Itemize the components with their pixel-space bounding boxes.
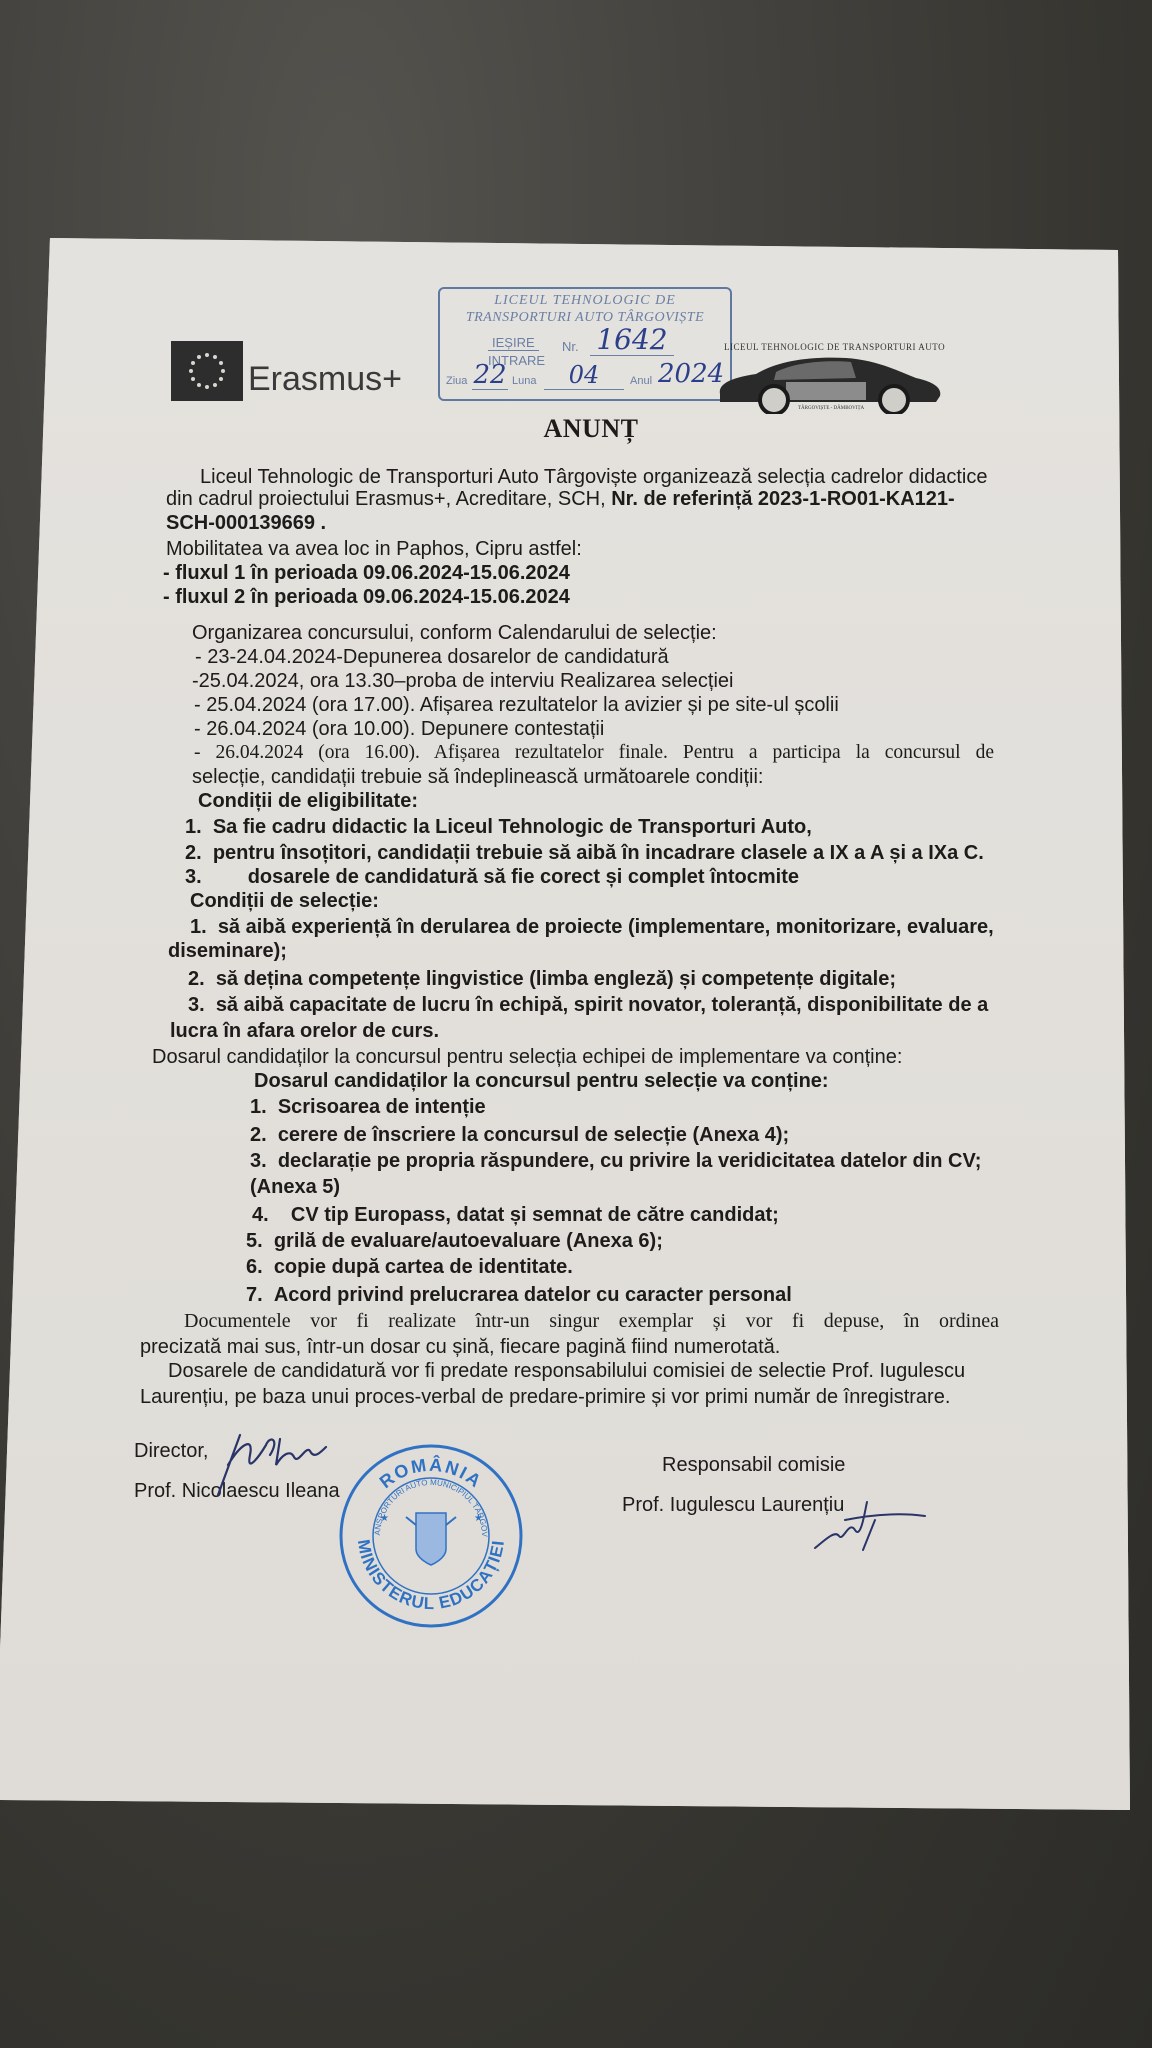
closing-p2-line2: Laurențiu, pe baza unui proces-verbal de… — [140, 1386, 950, 1408]
svg-text:★: ★ — [474, 1513, 483, 1524]
calendar-item-text: - 26.04.2024 (ora 16.00). Afișarea rezul… — [194, 742, 994, 764]
dossier-item: 3. declarație pe propria răspundere, cu … — [250, 1150, 981, 1172]
mobility-line: Mobilitatea va avea loc in Paphos, Cipru… — [166, 538, 582, 560]
stamp-nr-label: Nr. — [562, 339, 579, 354]
calendar-heading: Organizarea concursului, conform Calenda… — [192, 622, 717, 644]
item-number: 2. — [185, 842, 202, 864]
item-number: 7. — [246, 1284, 263, 1306]
item-number: 3. — [185, 866, 202, 888]
calendar-item: - 26.04.2024 (ora 10.00). Depunere conte… — [194, 718, 604, 740]
item-text: dosarele de candidatură să fie corect și… — [248, 866, 799, 888]
official-round-stamp: ROMÂNIA MINISTERUL EDUCAȚIEI LICEUL TEHN… — [336, 1441, 526, 1631]
item-text: pentru însoțitori, candidații trebuie să… — [213, 842, 984, 864]
registration-stamp: LICEUL TEHNOLOGIC DE TRANSPORTURI AUTO T… — [438, 287, 732, 401]
item-text: să aibă experiență în derularea de proie… — [218, 916, 994, 938]
eligibility-item: 1. Sa fie cadru didactic la Liceul Tehno… — [185, 816, 812, 838]
closing-p2-line1: Dosarele de candidatură vor fi predate r… — [168, 1360, 965, 1382]
selection-item: 1. să aibă experiență în derularea de pr… — [190, 916, 994, 938]
stamp-line1: LICEUL TEHNOLOGIC DE — [440, 293, 730, 309]
closing-p1-line1: Documentele vor fi realizate într-un sin… — [184, 1310, 999, 1332]
item-text: să aibă capacitate de lucru în echipă, s… — [216, 994, 988, 1016]
closing-p1-line2: precizată mai sus, într-un dosar cu șină… — [140, 1336, 780, 1358]
selection-item: 2. să dețina competențe lingvistice (lim… — [188, 968, 896, 990]
flow-1: - fluxul 1 în perioada 09.06.2024-15.06.… — [163, 562, 570, 584]
stamp-month-value: 04 — [544, 361, 624, 390]
intro-line2: din cadrul proiectului Erasmus+, Acredit… — [166, 488, 955, 510]
stamp-nr-value: 1642 — [590, 325, 674, 356]
closing-text: Documentele vor fi realizate într-un sin… — [184, 1310, 999, 1332]
eligibility-heading: Condiții de eligibilitate: — [198, 790, 418, 812]
dossier-item: 2. cerere de înscriere la concursul de s… — [250, 1124, 789, 1146]
intro-line2-regular: din cadrul proiectului Erasmus+, Acredit… — [166, 488, 611, 510]
dossier-item: 1. Scrisoarea de intenție — [250, 1096, 486, 1118]
item-text: grilă de evaluare/autoevaluare (Anexa 6)… — [274, 1230, 663, 1252]
item-number: 6. — [246, 1256, 263, 1278]
stamp-year-label: Anul — [630, 375, 652, 387]
committee-title: Responsabil comisie — [662, 1454, 845, 1476]
item-number: 1. — [185, 816, 202, 838]
calendar-item: -25.04.2024, ora 13.30–proba de interviu… — [192, 670, 733, 692]
stamp-line2: TRANSPORTURI AUTO TÂRGOVIȘTE — [440, 310, 730, 326]
item-text: Sa fie cadru didactic la Liceul Tehnolog… — [213, 816, 812, 838]
selection-item-cont: lucra în afara orelor de curs. — [170, 1020, 439, 1042]
eligibility-item: 2. pentru însoțitori, candidații trebuie… — [185, 842, 984, 864]
committee-signature — [805, 1490, 935, 1560]
flow-2: - fluxul 2 în perioada 09.06.2024-15.06.… — [163, 586, 570, 608]
dossier-item-cont: (Anexa 5) — [250, 1176, 340, 1198]
item-number: 2. — [188, 968, 205, 990]
item-number: 3. — [250, 1150, 267, 1172]
calendar-item: - 23-24.04.2024-Depunerea dosarelor de c… — [195, 646, 669, 668]
dossier-item: 4. CV tip Europass, datat și semnat de c… — [252, 1204, 779, 1226]
selection-item-cont: diseminare); — [168, 940, 287, 962]
item-number: 5. — [246, 1230, 263, 1252]
selection-heading: Condiții de selecție: — [190, 890, 379, 912]
item-text: să dețina competențe lingvistice (limba … — [216, 968, 896, 990]
item-number: 1. — [190, 916, 207, 938]
calendar-item: - 26.04.2024 (ora 16.00). Afișarea rezul… — [194, 742, 994, 764]
school-logo-subtext: TÂRGOVIȘTE - DÂMBOVIȚA — [798, 406, 864, 411]
dossier-item: 6. copie după cartea de identitate. — [246, 1256, 573, 1278]
item-text: cerere de înscriere la concursul de sele… — [278, 1124, 789, 1146]
page-title: ANUNȚ — [0, 414, 1152, 444]
eligibility-item: 3.dosarele de candidatură să fie corect … — [185, 866, 799, 888]
erasmus-logo-text: Erasmus+ — [248, 360, 402, 399]
stamp-day-label: Ziua — [446, 375, 467, 387]
stamp-exit-label: IEȘIRE — [488, 335, 539, 351]
reference-number: Nr. de referință 2023-1-RO01-KA121- — [611, 488, 954, 510]
dossier-intro: Dosarul candidaților la concursul pentru… — [152, 1046, 902, 1068]
calendar-item: - 25.04.2024 (ora 17.00). Afișarea rezul… — [194, 694, 839, 716]
eu-flag-logo — [171, 341, 243, 401]
dossier-item: 7. Acord privind prelucrarea datelor cu … — [246, 1284, 792, 1306]
item-text: declarație pe propria răspundere, cu pri… — [278, 1150, 982, 1172]
dossier-heading: Dosarul candidaților la concursul pentru… — [254, 1070, 829, 1092]
school-car-logo: LICEUL TEHNOLOGIC DE TRANSPORTURI AUTO T… — [716, 338, 946, 418]
dossier-item: 5. grilă de evaluare/autoevaluare (Anexa… — [246, 1230, 663, 1252]
item-text: Acord privind prelucrarea datelor cu car… — [274, 1284, 792, 1306]
calendar-continuation: selecție, candidații trebuie să îndeplin… — [192, 766, 763, 788]
item-text: Scrisoarea de intenție — [278, 1096, 486, 1118]
stamp-month-label: Luna — [512, 375, 536, 387]
svg-text:★: ★ — [380, 1513, 389, 1524]
item-number: 1. — [250, 1096, 267, 1118]
car-icon — [716, 350, 946, 414]
intro-line3: SCH-000139669 . — [166, 512, 326, 534]
director-title: Director, — [134, 1440, 208, 1462]
selection-item: 3. să aibă capacitate de lucru în echipă… — [188, 994, 988, 1016]
item-text: CV tip Europass, datat și semnat de cătr… — [291, 1204, 779, 1226]
item-number: 4. — [252, 1204, 269, 1226]
item-text: copie după cartea de identitate. — [274, 1256, 573, 1278]
stamp-year-value: 2024 — [658, 359, 718, 389]
intro-line1: Liceul Tehnologic de Transporturi Auto T… — [200, 466, 988, 488]
item-number: 3. — [188, 994, 205, 1016]
stamp-day-value: 22 — [472, 361, 508, 390]
item-number: 2. — [250, 1124, 267, 1146]
